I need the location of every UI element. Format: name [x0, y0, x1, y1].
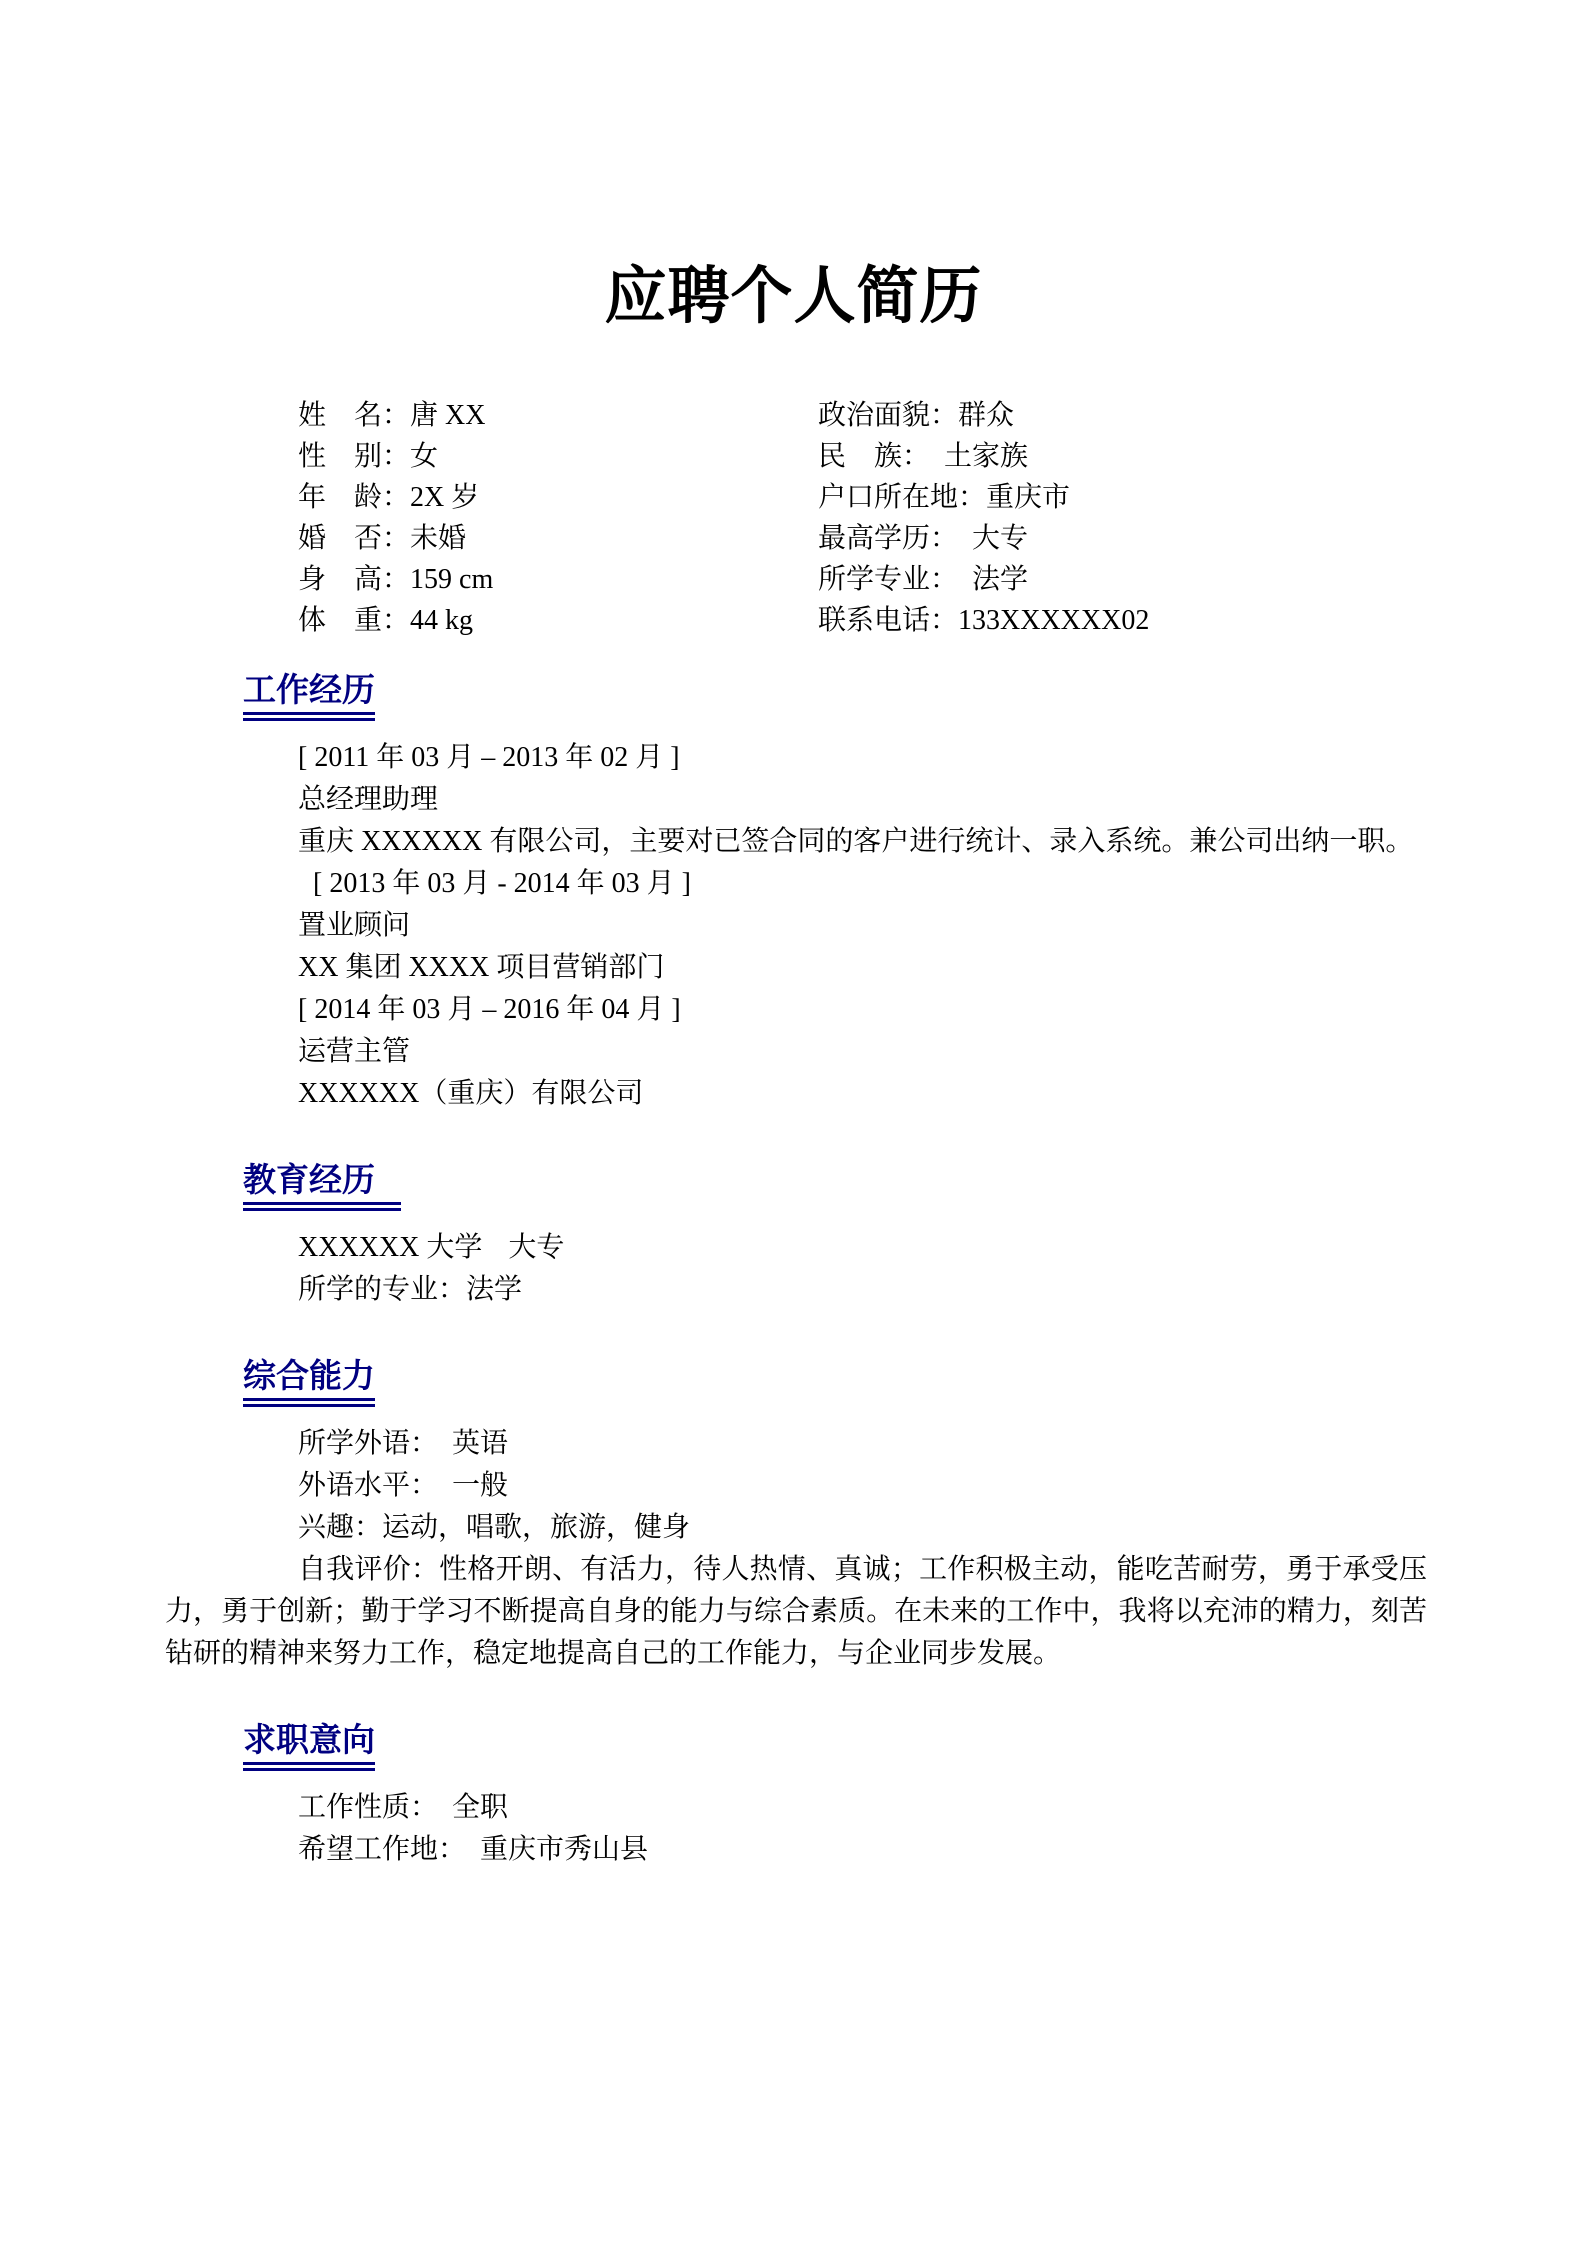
work-detail: 重庆 XXXXXX 有限公司，主要对已签合同的客户进行统计、录入系统。兼公司出纳… — [165, 821, 1427, 863]
info-value: 2X 岁 — [410, 482, 479, 513]
work-role: 运营主管 — [165, 1031, 1427, 1073]
info-value: 未婚 — [410, 523, 466, 554]
degree: 大专 — [508, 1232, 564, 1263]
info-row-education-level: 最高学历： 大专 — [818, 518, 1427, 559]
info-label: 希望工作地： — [298, 1834, 480, 1865]
work-entry: [ 2014 年 03 月 – 2016 年 04 月 ] 运营主管 XXXXX… — [165, 989, 1427, 1115]
ability-row-level: 外语水平： 一般 — [165, 1465, 1427, 1507]
work-detail: XX 集团 XXXX 项目营销部门 — [165, 947, 1427, 989]
info-label: 年 龄： — [298, 477, 410, 518]
info-label: 民 族： — [818, 441, 944, 472]
info-label: 兴趣： — [298, 1512, 382, 1543]
info-label: 外语水平： — [298, 1470, 452, 1501]
info-value: 大专 — [972, 523, 1028, 554]
info-value: 法学 — [466, 1274, 522, 1305]
intention-row-job-type: 工作性质： 全职 — [165, 1787, 1427, 1829]
work-period: [ 2011 年 03 月 – 2013 年 02 月 ] — [165, 737, 1427, 779]
info-row-political: 政治面貌：群众 — [818, 395, 1427, 436]
info-value: 重庆市秀山县 — [480, 1834, 648, 1865]
section-heading-work: 工作经历 — [243, 671, 1427, 721]
info-row-phone: 联系电话：133XXXXXX02 — [818, 600, 1427, 641]
self-evaluation: 自我评价：性格开朗、有活力，待人热情、真诚；工作积极主动，能吃苦耐劳，勇于承受压… — [165, 1549, 1427, 1675]
education-major-line: 所学的专业：法学 — [165, 1269, 1427, 1311]
info-row-weight: 体 重：44 kg — [298, 600, 818, 641]
info-value: 法学 — [972, 564, 1028, 595]
education-school-line: XXXXXX 大学大专 — [165, 1227, 1427, 1269]
info-row-ethnicity: 民 族： 土家族 — [818, 436, 1427, 477]
info-value: 女 — [410, 441, 438, 472]
section-education: 教育经历 XXXXXX 大学大专 所学的专业：法学 — [165, 1161, 1427, 1311]
info-label: 户口所在地： — [818, 482, 986, 513]
self-evaluation-label: 自我评价： — [298, 1554, 439, 1585]
info-value: 44 kg — [410, 605, 473, 636]
info-row-residence: 户口所在地：重庆市 — [818, 477, 1427, 518]
section-title: 工作经历 — [243, 671, 375, 721]
info-value: 唐 XX — [410, 400, 485, 431]
ability-row-interests: 兴趣：运动，唱歌，旅游，健身 — [165, 1507, 1427, 1549]
work-detail: XXXXXX（重庆）有限公司 — [165, 1073, 1427, 1115]
page-title: 应聘个人简历 — [0, 0, 1587, 335]
info-value: 159 cm — [410, 564, 493, 595]
section-work: 工作经历 [ 2011 年 03 月 – 2013 年 02 月 ] 总经理助理… — [165, 671, 1427, 1115]
info-value: 全职 — [452, 1792, 508, 1823]
info-value: 133XXXXXX02 — [958, 605, 1149, 636]
section-title: 综合能力 — [243, 1357, 375, 1407]
section-title: 教育经历 — [243, 1161, 401, 1211]
info-row-name: 姓 名：唐 XX — [298, 395, 818, 436]
personal-info-right: 政治面貌：群众 民 族： 土家族 户口所在地：重庆市 最高学历： 大专 所学专业… — [818, 395, 1427, 641]
info-label: 最高学历： — [818, 523, 972, 554]
info-label: 所学的专业： — [298, 1274, 466, 1305]
info-value: 群众 — [958, 400, 1014, 431]
info-label: 工作性质： — [298, 1792, 452, 1823]
info-label: 婚 否： — [298, 518, 410, 559]
work-entry: [ 2011 年 03 月 – 2013 年 02 月 ] 总经理助理 重庆 X… — [165, 737, 1427, 863]
school-name: XXXXXX 大学 — [298, 1232, 482, 1263]
info-label: 体 重： — [298, 600, 410, 641]
info-row-marital: 婚 否：未婚 — [298, 518, 818, 559]
info-label: 身 高： — [298, 559, 410, 600]
section-heading-education: 教育经历 — [243, 1161, 1427, 1211]
info-value: 运动，唱歌，旅游，健身 — [382, 1512, 690, 1543]
personal-info-left: 姓 名：唐 XX 性 别：女 年 龄：2X 岁 婚 否：未婚 身 高：159 c… — [165, 395, 818, 641]
info-label: 所学外语： — [298, 1428, 452, 1459]
resume-content: 姓 名：唐 XX 性 别：女 年 龄：2X 岁 婚 否：未婚 身 高：159 c… — [165, 395, 1427, 1871]
ability-row-language: 所学外语： 英语 — [165, 1423, 1427, 1465]
resume-page: 应聘个人简历 姓 名：唐 XX 性 别：女 年 龄：2X 岁 婚 否：未婚 身 … — [0, 0, 1587, 2245]
info-row-major: 所学专业： 法学 — [818, 559, 1427, 600]
work-role: 总经理助理 — [165, 779, 1427, 821]
section-ability: 综合能力 所学外语： 英语 外语水平： 一般 兴趣：运动，唱歌，旅游，健身 自我… — [165, 1357, 1427, 1675]
info-value: 土家族 — [944, 441, 1028, 472]
info-row-height: 身 高：159 cm — [298, 559, 818, 600]
info-label: 性 别： — [298, 436, 410, 477]
section-heading-ability: 综合能力 — [243, 1357, 1427, 1407]
info-label: 所学专业： — [818, 564, 972, 595]
section-heading-intention: 求职意向 — [243, 1721, 1427, 1771]
info-label: 姓 名： — [298, 395, 410, 436]
work-entry: [ 2013 年 03 月 - 2014 年 03 月 ] 置业顾问 XX 集团… — [165, 863, 1427, 989]
work-period: [ 2013 年 03 月 - 2014 年 03 月 ] — [165, 863, 1427, 905]
info-label: 联系电话： — [818, 605, 958, 636]
section-title: 求职意向 — [243, 1721, 375, 1771]
info-row-gender: 性 别：女 — [298, 436, 818, 477]
info-label: 政治面貌： — [818, 400, 958, 431]
info-value: 一般 — [452, 1470, 508, 1501]
intention-row-location: 希望工作地： 重庆市秀山县 — [165, 1829, 1427, 1871]
work-role: 置业顾问 — [165, 905, 1427, 947]
info-value: 重庆市 — [986, 482, 1070, 513]
work-period: [ 2014 年 03 月 – 2016 年 04 月 ] — [165, 989, 1427, 1031]
personal-info: 姓 名：唐 XX 性 别：女 年 龄：2X 岁 婚 否：未婚 身 高：159 c… — [165, 395, 1427, 641]
info-row-age: 年 龄：2X 岁 — [298, 477, 818, 518]
info-value: 英语 — [452, 1428, 508, 1459]
section-intention: 求职意向 工作性质： 全职 希望工作地： 重庆市秀山县 — [165, 1721, 1427, 1871]
